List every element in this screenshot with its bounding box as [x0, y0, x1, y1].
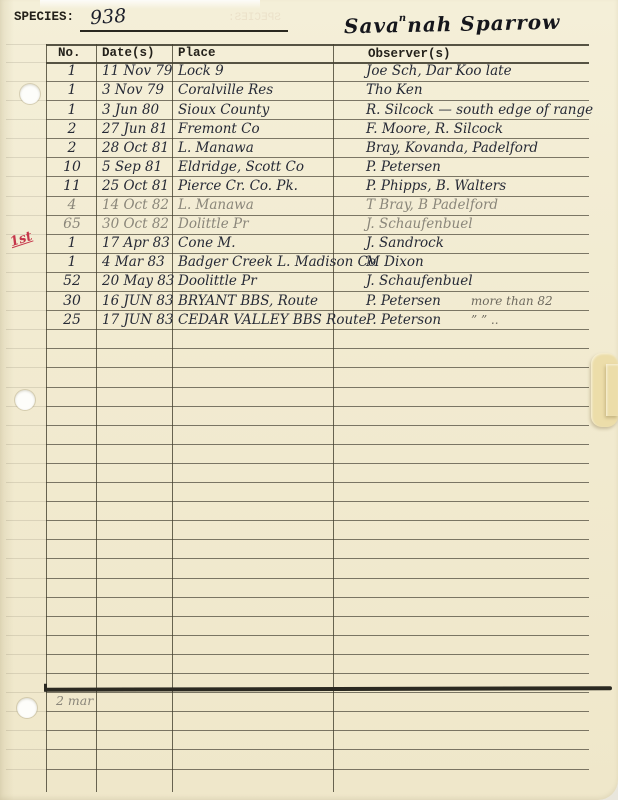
rule-line-margin: [6, 310, 46, 311]
row-observers: Tho Ken: [366, 82, 423, 98]
rule-line-margin: [6, 597, 46, 598]
row-place: Badger Creek L. Madison Co: [178, 254, 376, 270]
row-date: 16 JUN 83: [102, 293, 174, 309]
row-place: L. Manawa: [178, 140, 254, 156]
row-place: BRYANT BBS, Route: [178, 293, 318, 309]
row-observer-note: more than 82: [441, 294, 553, 308]
rule-line: [46, 406, 589, 407]
column-divider: [333, 44, 334, 792]
row-observers: F. Moore, R. Silcock: [366, 121, 503, 137]
rule-line: [46, 673, 589, 674]
rule-line: [46, 692, 589, 693]
row-date: 27 Jun 81: [102, 121, 168, 137]
rule-line: [46, 367, 589, 368]
bottom-pencil-note: 2 mar: [56, 693, 93, 708]
row-number: 1: [48, 63, 96, 79]
rule-line-margin: [6, 215, 46, 216]
row-observers: P. Petersen: [366, 159, 441, 175]
species-label: SPECIES:: [14, 10, 74, 24]
rule-line-margin: [6, 348, 46, 349]
rule-line-margin: [6, 539, 46, 540]
rule-line: [46, 348, 589, 349]
rule-line-margin: [6, 769, 46, 770]
row-place: Dolittle Pr: [178, 216, 249, 232]
rule-line: [46, 711, 589, 712]
row-place: Coralville Res: [178, 82, 273, 98]
bleedthrough-species-label: SPECIES:: [228, 12, 281, 24]
row-place: L. Manawa: [178, 197, 254, 213]
rule-line: [46, 654, 589, 655]
rule-line: [46, 749, 589, 750]
rule-line-margin: [6, 367, 46, 368]
divider-line-hook: [44, 684, 47, 692]
species-title-insert: n: [399, 13, 407, 24]
species-title-post: nah Sparrow: [407, 10, 561, 37]
row-number: 1: [48, 254, 96, 270]
first-record-note: 1st: [8, 229, 34, 250]
rule-line-margin: [6, 176, 46, 177]
row-observers: J. Schaufenbuel: [366, 216, 473, 232]
rule-line: [46, 769, 589, 770]
rule-line-margin: [6, 673, 46, 674]
column-divider: [172, 44, 173, 792]
rule-line: [46, 387, 589, 388]
row-number: 2: [48, 121, 96, 137]
row-number: 30: [48, 293, 96, 309]
species-underline: [80, 30, 288, 32]
row-place: Pierce Cr. Co. Pk.: [178, 178, 298, 194]
row-number: 2: [48, 140, 96, 156]
row-date: 11 Nov 79: [102, 63, 173, 79]
row-place: Fremont Co: [178, 121, 260, 137]
punch-hole-middle: [15, 390, 35, 410]
row-number: 65: [48, 216, 96, 232]
row-date: 20 May 83: [102, 273, 174, 289]
species-title-pre: Sava: [344, 13, 400, 38]
row-observers: P. Peterson” ” ..: [366, 312, 499, 328]
species-number: 938: [89, 5, 127, 29]
rule-line-margin: [6, 157, 46, 158]
rule-line-margin: [6, 253, 46, 254]
rule-line-margin: [6, 501, 46, 502]
punch-hole-bottom: [17, 698, 37, 718]
rule-line: [46, 425, 589, 426]
row-observers: Joe Sch, Dar Koo late: [366, 63, 512, 79]
rule-line-margin: [6, 616, 46, 617]
rule-line: [46, 329, 589, 330]
rule-line-margin: [6, 44, 46, 45]
row-date: 4 Mar 83: [102, 254, 165, 270]
rule-line-margin: [6, 425, 46, 426]
rule-line-margin: [6, 635, 46, 636]
row-date: 17 JUN 83: [102, 312, 174, 328]
row-place: CEDAR VALLEY BBS Route: [178, 312, 367, 328]
rule-line: [46, 730, 589, 731]
rule-line: [46, 635, 589, 636]
rule-line-margin: [6, 520, 46, 521]
rule-line-margin: [6, 196, 46, 197]
row-number: 4: [48, 197, 96, 213]
rule-line-margin: [6, 654, 46, 655]
rule-line-margin: [6, 578, 46, 579]
scan-edge-highlight: [40, 0, 260, 9]
row-date: 3 Jun 80: [102, 102, 159, 118]
row-date: 28 Oct 81: [102, 140, 169, 156]
row-date: 14 Oct 82: [102, 197, 169, 213]
rule-line-margin: [6, 272, 46, 273]
rule-line-margin: [6, 291, 46, 292]
row-number: 25: [48, 312, 96, 328]
rule-line-margin: [6, 444, 46, 445]
row-place: Eldridge, Scott Co: [178, 159, 304, 175]
row-place: Cone M.: [178, 235, 236, 251]
rule-line: [46, 558, 589, 559]
scanned-form-page: SPECIES: 938 Savannah Sparrow SPECIES: N…: [0, 0, 618, 800]
rule-line-margin: [6, 692, 46, 693]
rule-line-margin: [6, 329, 46, 330]
row-observers: T Bray, B Padelford: [366, 197, 498, 213]
row-observers: P. Petersenmore than 82: [366, 293, 553, 309]
row-date: 17 Apr 83: [102, 235, 170, 251]
hand-drawn-divider-line: [44, 686, 612, 691]
row-observers: J. Schaufenbuel: [366, 273, 473, 289]
row-number: 11: [48, 178, 96, 194]
column-header-dates: Date(s): [102, 46, 155, 60]
column-header-observers: Observer(s): [368, 47, 451, 61]
row-observers: J. Sandrock: [366, 235, 444, 251]
species-title: Savannah Sparrow: [344, 10, 561, 39]
rule-line-margin: [6, 81, 46, 82]
row-date: 5 Sep 81: [102, 159, 162, 175]
row-number: 52: [48, 273, 96, 289]
row-place: Lock 9: [178, 63, 224, 79]
rule-line: [46, 444, 589, 445]
rule-line-margin: [6, 62, 46, 63]
column-header-place: Place: [178, 46, 216, 60]
rule-line-margin: [6, 119, 46, 120]
row-date: 30 Oct 82: [102, 216, 169, 232]
rule-line-margin: [6, 387, 46, 388]
index-tab-body: [606, 364, 618, 416]
row-observer-note: ” ” ..: [441, 313, 499, 327]
rule-line: [46, 578, 589, 579]
rule-line: [46, 539, 589, 540]
rule-line: [46, 501, 589, 502]
rule-line: [46, 482, 589, 483]
row-number: 1: [48, 102, 96, 118]
rule-line: [46, 597, 589, 598]
row-date: 3 Nov 79: [102, 82, 164, 98]
row-observers: Bray, Kovanda, Padelford: [366, 140, 538, 156]
row-observers: P. Phipps, B. Walters: [366, 178, 506, 194]
rule-line: [46, 616, 589, 617]
rule-line-margin: [6, 482, 46, 483]
rule-line-margin: [6, 558, 46, 559]
table-left-border: [46, 44, 47, 792]
rule-line-margin: [6, 463, 46, 464]
column-divider: [96, 44, 97, 792]
row-number: 1: [48, 235, 96, 251]
rule-line: [46, 520, 589, 521]
row-place: Doolittle Pr: [178, 273, 257, 289]
punch-hole-top: [20, 84, 40, 104]
rule-line-margin: [6, 730, 46, 731]
row-observers: M Dixon: [366, 254, 424, 270]
rule-line-margin: [6, 138, 46, 139]
row-observers: R. Silcock — south edge of range: [366, 102, 593, 118]
row-place: Sioux County: [178, 102, 269, 118]
rule-line-margin: [6, 749, 46, 750]
row-date: 25 Oct 81: [102, 178, 169, 194]
rule-line: [46, 463, 589, 464]
row-number: 10: [48, 159, 96, 175]
row-number: 1: [48, 82, 96, 98]
column-header-no: No.: [58, 46, 81, 60]
